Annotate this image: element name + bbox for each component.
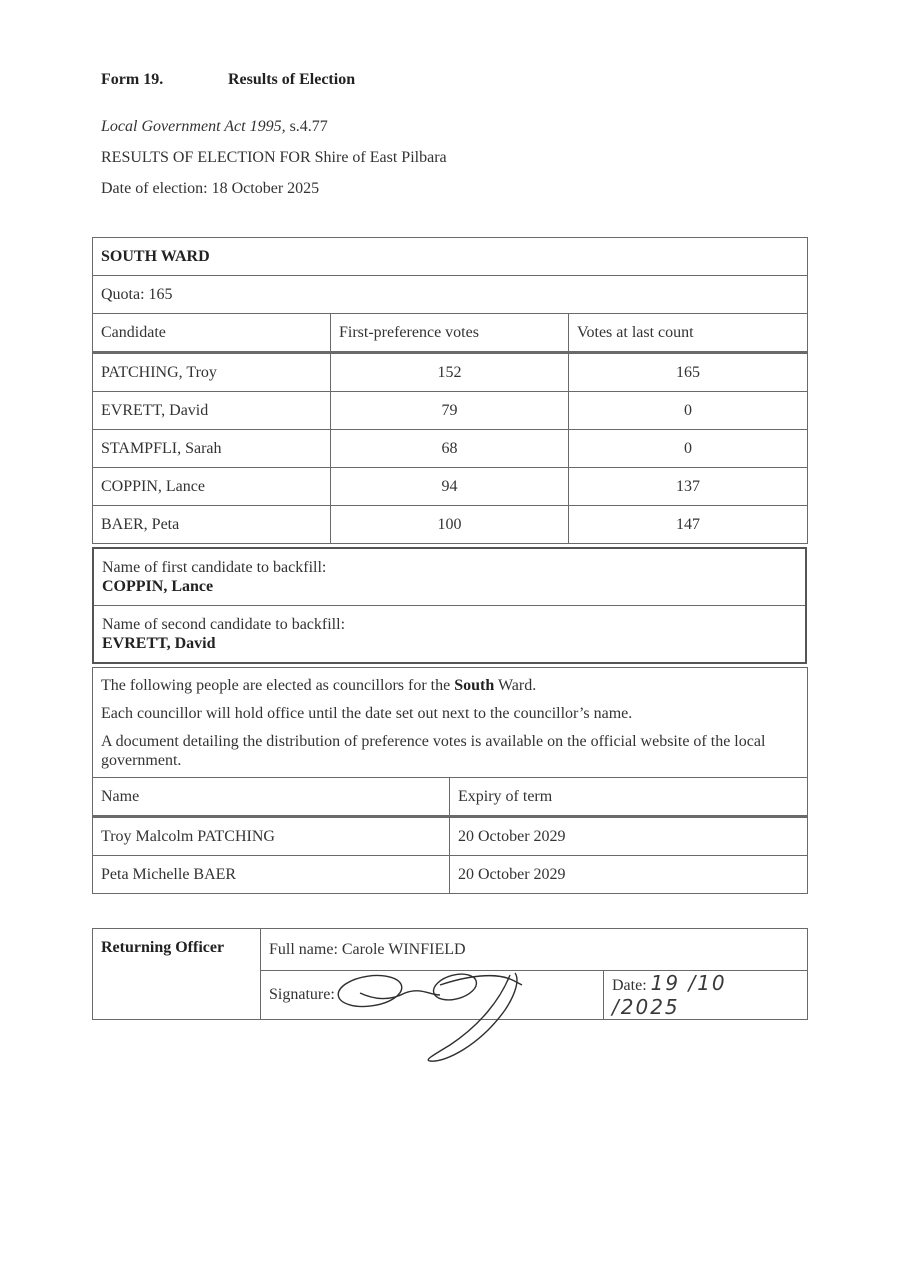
act-name: Local Government Act 1995, xyxy=(101,118,286,135)
second-backfill-cell: Name of second candidate to backfill: EV… xyxy=(93,606,806,664)
table-row: Troy Malcolm PATCHING 20 October 2029 xyxy=(93,817,808,856)
elected-notice: The following people are elected as coun… xyxy=(101,676,799,695)
first-preference-votes: 152 xyxy=(331,353,569,392)
results-for: RESULTS OF ELECTION FOR Shire of East Pi… xyxy=(101,149,447,167)
table-row: COPPIN, Lance 94 137 xyxy=(93,468,808,506)
table-row: BAER, Peta 100 147 xyxy=(93,506,808,544)
last-count-votes: 0 xyxy=(569,392,808,430)
officer-full-name: Full name: Carole WINFIELD xyxy=(261,929,808,971)
candidate-name: BAER, Peta xyxy=(93,506,331,544)
distribution-notice: A document detailing the distribution of… xyxy=(101,732,799,770)
returning-officer-label: Returning Officer xyxy=(93,929,261,1020)
councillor-name: Peta Michelle BAER xyxy=(93,856,450,894)
candidate-name: EVRETT, David xyxy=(93,392,331,430)
date-field: Date: 19 /10 /2025 xyxy=(604,971,808,1020)
first-backfill-cell: Name of first candidate to backfill: COP… xyxy=(93,548,806,606)
table-row: PATCHING, Troy 152 165 xyxy=(93,353,808,392)
first-backfill-name: COPPIN, Lance xyxy=(102,577,797,596)
column-header-candidate: Candidate xyxy=(93,314,331,353)
election-notice: The following people are elected as coun… xyxy=(93,668,808,778)
act-reference: Local Government Act 1995, s.4.77 xyxy=(101,118,328,136)
table-row: Peta Michelle BAER 20 October 2029 xyxy=(93,856,808,894)
form-number: Form 19. xyxy=(101,71,228,89)
term-expiry: 20 October 2029 xyxy=(450,856,808,894)
first-backfill-label: Name of first candidate to backfill: xyxy=(102,558,797,577)
act-section: s.4.77 xyxy=(290,118,328,135)
term-notice: Each councillor will hold office until t… xyxy=(101,704,799,723)
ward-results-table: SOUTH WARD Quota: 165 Candidate First-pr… xyxy=(92,237,808,544)
ward-name: SOUTH WARD xyxy=(93,238,808,276)
returning-officer-table: Returning Officer Full name: Carole WINF… xyxy=(92,928,808,1020)
date-label: Date: xyxy=(612,977,647,994)
quota: Quota: 165 xyxy=(93,276,808,314)
column-header-last-count: Votes at last count xyxy=(569,314,808,353)
last-count-votes: 137 xyxy=(569,468,808,506)
table-row: STAMPFLI, Sarah 68 0 xyxy=(93,430,808,468)
form-title: Results of Election xyxy=(228,71,355,88)
last-count-votes: 147 xyxy=(569,506,808,544)
candidate-name: STAMPFLI, Sarah xyxy=(93,430,331,468)
first-preference-votes: 79 xyxy=(331,392,569,430)
form-heading: Form 19.Results of Election xyxy=(101,71,355,89)
councillors-header-row: Name Expiry of term xyxy=(93,778,808,817)
term-expiry: 20 October 2029 xyxy=(450,817,808,856)
election-results-form: Form 19.Results of Election Local Govern… xyxy=(0,0,905,1280)
second-backfill-name: EVRETT, David xyxy=(102,634,797,653)
first-preference-votes: 94 xyxy=(331,468,569,506)
last-count-votes: 0 xyxy=(569,430,808,468)
first-preference-votes: 100 xyxy=(331,506,569,544)
signature-label: Signature: xyxy=(269,986,335,1003)
candidate-name: COPPIN, Lance xyxy=(93,468,331,506)
second-backfill-label: Name of second candidate to backfill: xyxy=(102,615,797,634)
table-row: EVRETT, David 79 0 xyxy=(93,392,808,430)
last-count-votes: 165 xyxy=(569,353,808,392)
column-header-expiry: Expiry of term xyxy=(450,778,808,817)
column-header-name: Name xyxy=(93,778,450,817)
first-preference-votes: 68 xyxy=(331,430,569,468)
candidate-name: PATCHING, Troy xyxy=(93,353,331,392)
backfill-table: Name of first candidate to backfill: COP… xyxy=(92,547,807,664)
column-header-first-preference: First-preference votes xyxy=(331,314,569,353)
election-date: Date of election: 18 October 2025 xyxy=(101,180,319,198)
results-header-row: Candidate First-preference votes Votes a… xyxy=(93,314,808,353)
notice-ward-name: South xyxy=(454,677,494,694)
councillor-name: Troy Malcolm PATCHING xyxy=(93,817,450,856)
signature-field: Signature: xyxy=(261,971,604,1020)
elected-councillors-table: The following people are elected as coun… xyxy=(92,667,808,894)
